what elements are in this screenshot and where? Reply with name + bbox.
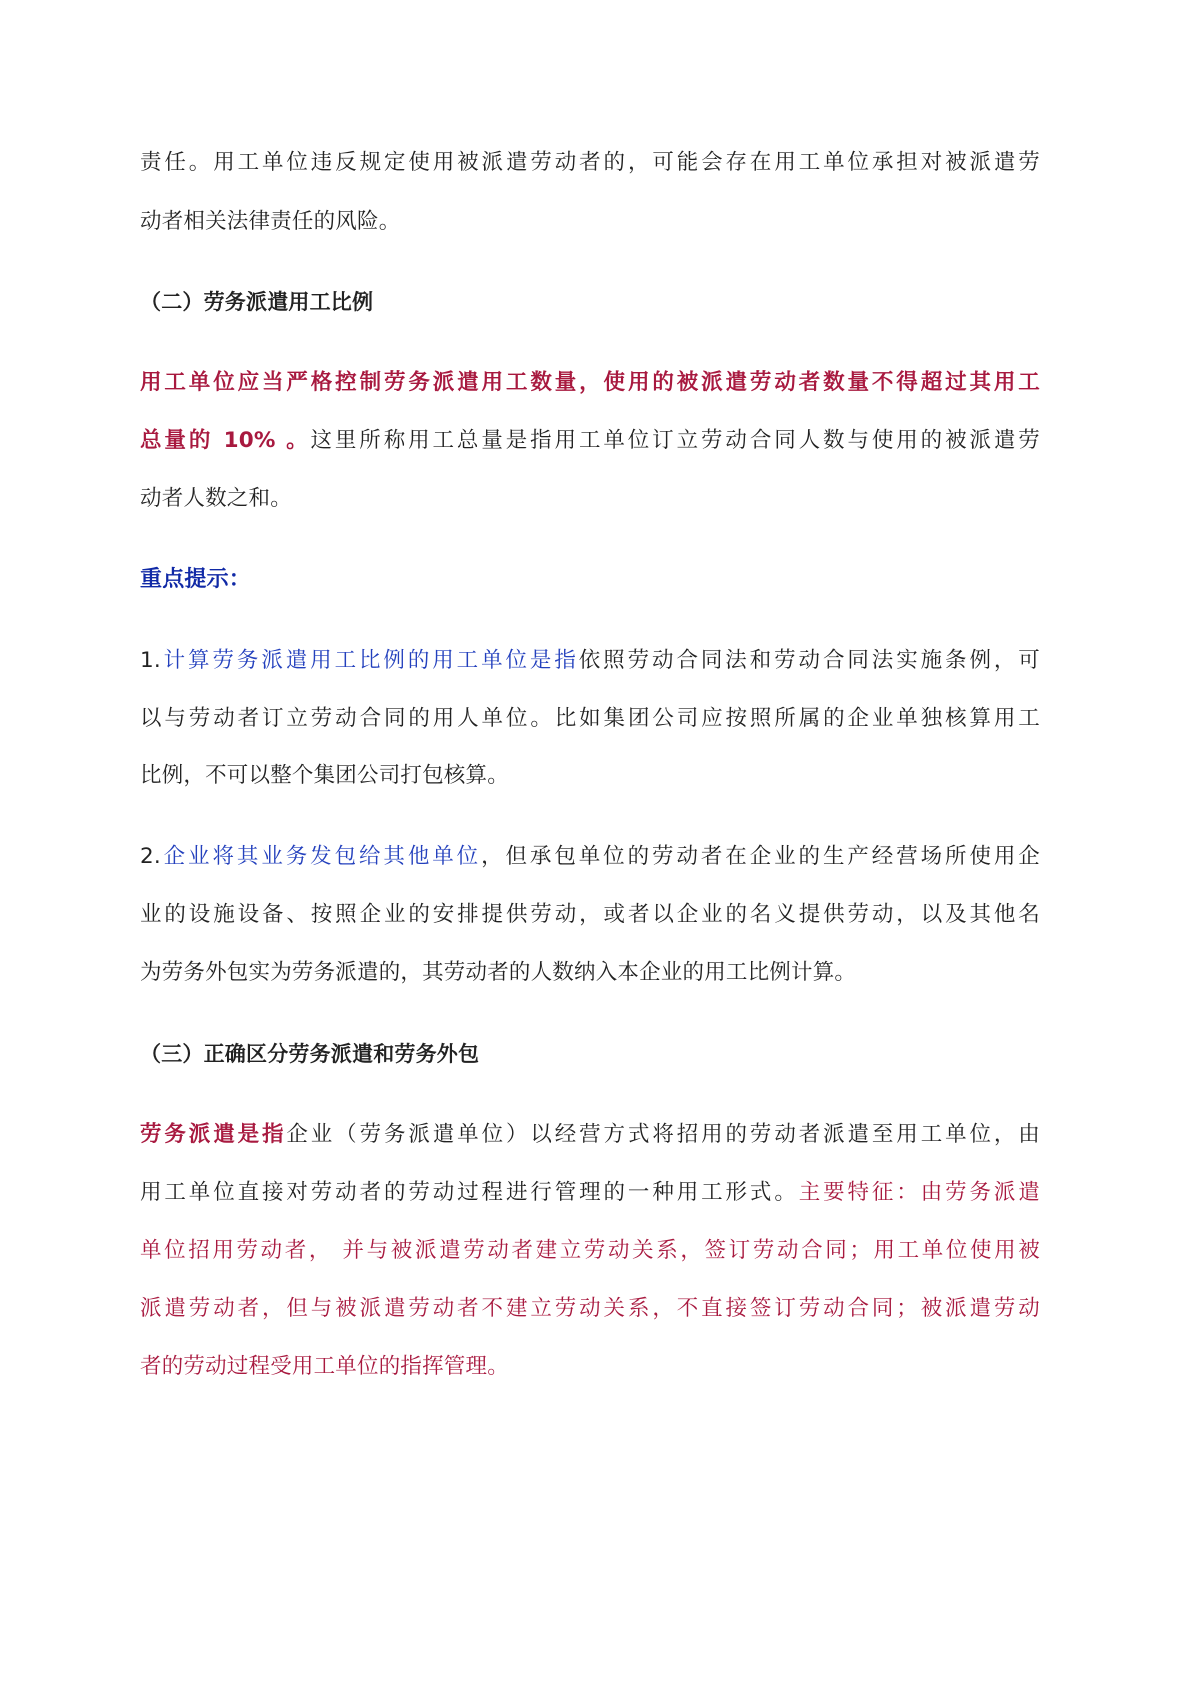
body-text: 用工单位直接对劳动者的劳动过程进行管理的一种用工形式。 bbox=[140, 1180, 799, 1205]
body-text: 依照劳动合同法和劳动合同法实施条例，可 bbox=[579, 648, 1040, 673]
emphasis-text: 总量的 10% 。 bbox=[140, 428, 310, 453]
body-text: ，但承包单位的劳动者在企业的生产经营场所使用企 bbox=[481, 844, 1040, 869]
tip-2-line: 2.企业将其业务发包给其他单位，但承包单位的劳动者在企业的生产经营场所使用企 bbox=[140, 837, 1040, 877]
feature-line: 单位招用劳动者， 并与被派遣劳动者建立劳动关系，签订劳动合同；用工单位使用被 bbox=[140, 1231, 1040, 1271]
paragraph-line: 比例，不可以整个集团公司打包核算。 bbox=[140, 756, 1040, 796]
tip-highlight: 计算劳务派遣用工比例的用工单位是指 bbox=[161, 648, 579, 673]
tip-highlight: 企业将其业务发包给其他单位 bbox=[161, 844, 481, 869]
paragraph-line: 用工单位直接对劳动者的劳动过程进行管理的一种用工形式。主要特征：由劳务派遣 bbox=[140, 1173, 1040, 1213]
tip-number: 2. bbox=[140, 844, 161, 869]
paragraph-line: 总量的 10% 。这里所称用工总量是指用工单位订立劳动合同人数与使用的被派遣劳 bbox=[140, 421, 1040, 461]
feature-text: 主要特征：由劳务派遣 bbox=[799, 1180, 1040, 1205]
tip-number: 1. bbox=[140, 648, 161, 673]
emphasis-line: 用工单位应当严格控制劳务派遣用工数量，使用的被派遣劳动者数量不得超过其用工 bbox=[140, 363, 1040, 403]
emphasis-text: 劳务派遣是指 bbox=[140, 1122, 286, 1147]
key-tips-heading: 重点提示： bbox=[140, 560, 1040, 600]
paragraph-line: 业的设施设备、按照企业的安排提供劳动，或者以企业的名义提供劳动，以及其他名 bbox=[140, 895, 1040, 935]
feature-line: 派遣劳动者，但与被派遣劳动者不建立劳动关系，不直接签订劳动合同；被派遣劳动 bbox=[140, 1289, 1040, 1329]
section-heading-two: （二）劳务派遣用工比例 bbox=[140, 282, 1040, 322]
section-heading-three: （三）正确区分劳务派遣和劳务外包 bbox=[140, 1034, 1040, 1074]
tip-1-line: 1.计算劳务派遣用工比例的用工单位是指依照劳动合同法和劳动合同法实施条例，可 bbox=[140, 641, 1040, 681]
paragraph-line: 为劳务外包实为劳务派遣的，其劳动者的人数纳入本企业的用工比例计算。 bbox=[140, 953, 1040, 993]
body-text: 这里所称用工总量是指用工单位订立劳动合同人数与使用的被派遣劳 bbox=[310, 428, 1040, 453]
paragraph-line: 动者人数之和。 bbox=[140, 479, 1040, 519]
paragraph-line: 劳务派遣是指企业（劳务派遣单位）以经营方式将招用的劳动者派遣至用工单位，由 bbox=[140, 1115, 1040, 1155]
body-text: 企业（劳务派遣单位）以经营方式将招用的劳动者派遣至用工单位，由 bbox=[286, 1122, 1040, 1147]
paragraph-line: 责任。用工单位违反规定使用被派遣劳动者的，可能会存在用工单位承担对被派遣劳 bbox=[140, 143, 1040, 183]
paragraph-line: 动者相关法律责任的风险。 bbox=[140, 202, 1040, 242]
paragraph-line: 以与劳动者订立劳动合同的用人单位。比如集团公司应按照所属的企业单独核算用工 bbox=[140, 699, 1040, 739]
feature-line: 者的劳动过程受用工单位的指挥管理。 bbox=[140, 1347, 1040, 1387]
